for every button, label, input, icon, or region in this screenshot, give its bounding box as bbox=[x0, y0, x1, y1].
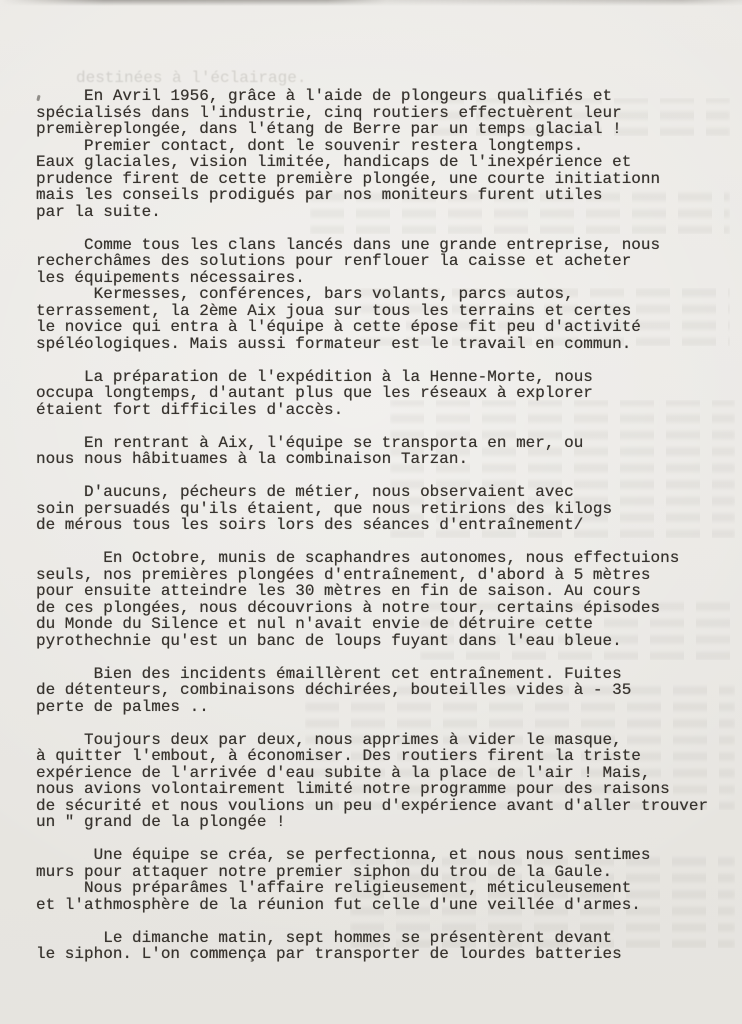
text-line bbox=[36, 220, 736, 237]
text-line bbox=[36, 913, 736, 930]
text-line: Comme tous les clans lancés dans une gra… bbox=[36, 237, 736, 254]
text-line: En Octobre, munis de scaphandres autonom… bbox=[36, 550, 736, 567]
text-line: du Monde du Silence et nul n'avait envie… bbox=[36, 616, 736, 633]
text-line: de mérous tous les soirs lors des séance… bbox=[36, 517, 736, 534]
text-line: Bien des incidents émaillèrent cet entra… bbox=[36, 666, 736, 683]
text-line bbox=[36, 468, 736, 485]
text-line: Une équipe se créa, se perfectionna, et … bbox=[36, 847, 736, 864]
text-line bbox=[36, 534, 736, 551]
text-line bbox=[36, 418, 736, 435]
text-line: par la suite. bbox=[36, 204, 736, 221]
scanned-page: destinées à l'éclairage. En Avril 1956, … bbox=[0, 0, 742, 1024]
text-line: D'aucuns, pécheurs de métier, nous obser… bbox=[36, 484, 736, 501]
text-line: Premier contact, dont le souvenir rester… bbox=[36, 138, 736, 155]
text-line: perte de palmes .. bbox=[36, 699, 736, 716]
text-line: étaient fort difficiles d'accès. bbox=[36, 402, 736, 419]
text-line: un " grand de la plongée ! bbox=[36, 814, 736, 831]
text-line: et l'athmosphère de la réunion fut celle… bbox=[36, 897, 736, 914]
text-line: nous avions volontairement limité notre … bbox=[36, 781, 736, 798]
text-line bbox=[36, 715, 736, 732]
text-line: En rentrant à Aix, l'équipe se transport… bbox=[36, 435, 736, 452]
text-line: soin persuadés qu'ils étaient, que nous … bbox=[36, 501, 736, 518]
text-line: La préparation de l'expédition à la Henn… bbox=[36, 369, 736, 386]
text-line: pour ensuite atteindre les 30 mètres en … bbox=[36, 583, 736, 600]
text-line: prudence firent de cette première plongé… bbox=[36, 171, 736, 188]
text-line: mais les conseils prodigués par nos moni… bbox=[36, 187, 736, 204]
text-line: murs pour attaquer notre premier siphon … bbox=[36, 864, 736, 881]
text-line: Le dimanche matin, sept hommes se présen… bbox=[36, 930, 736, 947]
text-line: spéléologiques. Mais aussi formateur est… bbox=[36, 336, 736, 353]
text-line bbox=[36, 831, 736, 848]
text-line: En Avril 1956, grâce à l'aide de plongeu… bbox=[36, 88, 736, 105]
text-line: les équipements nécessaires. bbox=[36, 270, 736, 287]
text-line: Eaux glaciales, vision limitée, handicap… bbox=[36, 154, 736, 171]
text-line bbox=[36, 649, 736, 666]
text-line: pyrothechnie qu'est un banc de loups fuy… bbox=[36, 633, 736, 650]
text-line: à quitter l'embout, à économiser. Des ro… bbox=[36, 748, 736, 765]
text-line bbox=[36, 352, 736, 369]
text-line: de détenteurs, combinaisons déchirées, b… bbox=[36, 682, 736, 699]
text-line: de sécurité et nous voulions un peu d'ex… bbox=[36, 798, 736, 815]
text-line: seuls, nos premières plongées d'entraîne… bbox=[36, 567, 736, 584]
text-line: premièreplongée, dans l'étang de Berre p… bbox=[36, 121, 736, 138]
text-line: spécialisés dans l'industrie, cinq routi… bbox=[36, 105, 736, 122]
text-line: terrassement, la 2ème Aix joua sur tous … bbox=[36, 303, 736, 320]
text-line: Nous préparâmes l'affaire religieusement… bbox=[36, 880, 736, 897]
text-line: le novice qui entra à l'équipe à cette é… bbox=[36, 319, 736, 336]
text-line: recherchâmes des solutions pour renfloue… bbox=[36, 253, 736, 270]
scan-top-edge-shadow bbox=[0, 0, 742, 6]
text-line: le siphon. L'on commença par transporter… bbox=[36, 946, 736, 963]
text-line: occupa longtemps, d'autant plus que les … bbox=[36, 385, 736, 402]
text-line: de ces plongées, nous découvrions à notr… bbox=[36, 600, 736, 617]
text-line: Kermesses, conférences, bars volants, pa… bbox=[36, 286, 736, 303]
bleedthrough-text: destinées à l'éclairage. bbox=[76, 70, 306, 86]
typewritten-text: En Avril 1956, grâce à l'aide de plongeu… bbox=[36, 88, 736, 963]
text-line: Toujours deux par deux, nous apprimes à … bbox=[36, 732, 736, 749]
text-line: expérience de l'arrivée d'eau subite à l… bbox=[36, 765, 736, 782]
text-line: nous nous hâbituames à la combinaison Ta… bbox=[36, 451, 736, 468]
